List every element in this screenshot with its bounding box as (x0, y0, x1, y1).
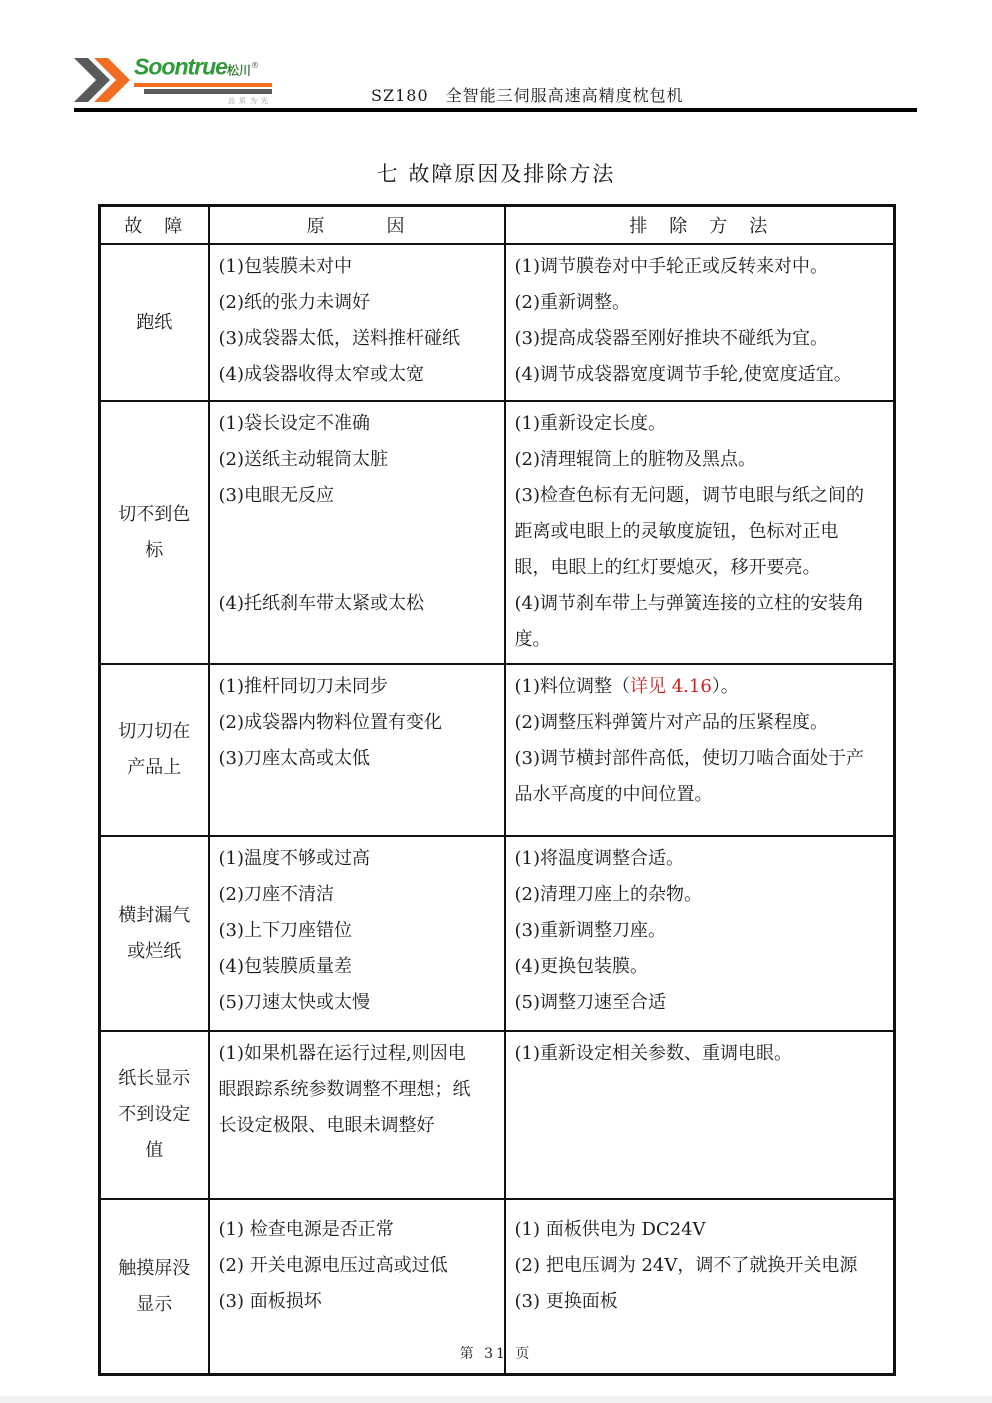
list-item: (3)提高成袋器至刚好推块不碰纸为宜。 (515, 321, 874, 357)
table-row: 横封漏气或烂纸(1)温度不够或过高(2)刀座不清洁(3)上下刀座错位(4)包装膜… (100, 836, 895, 1031)
logo-wordmark: Soontrue松川® (134, 54, 274, 82)
page-header: Soontrue松川® 品质为先 SZ180 全智能三伺服高速高精度枕包机 (0, 0, 992, 112)
list-item: (4)托纸刹车带太紧或太松 (219, 586, 472, 622)
list-item: (1)调节膜卷对中手轮正或反转来对中。 (515, 249, 874, 285)
list-item: (4)调节刹车带上与弹簧连接的立柱的安装角度。 (515, 586, 874, 658)
logo-slogan: 品质为先 (134, 96, 272, 106)
method-cell: (1)重新设定相关参数、重调电眼。 (505, 1031, 895, 1199)
list-item: (2)调整压料弹簧片对产品的压紧程度。 (515, 705, 874, 741)
cause-cell: (1)包装膜未对中(2)纸的张力未调好(3)成袋器太低，送料推杆碰纸(4)成袋器… (209, 244, 505, 401)
column-header-fault: 故 障 (100, 206, 209, 245)
table-header-row: 故 障 原 因 排 除 方 法 (100, 206, 895, 245)
list-item: (1)推杆同切刀未同步 (219, 669, 472, 705)
page-number: 第 31 页 (460, 1346, 533, 1362)
list-item: (1)料位调整（详见 4.16）。 (515, 669, 874, 705)
method-cell: (1)调节膜卷对中手轮正或反转来对中。(2)重新调整。(3)提高成袋器至刚好推块… (505, 244, 895, 401)
table-row: 纸长显示不到设定值(1)如果机器在运行过程,则因电眼跟踪系统参数调整不理想；纸长… (100, 1031, 895, 1199)
list-item: (2)清理刀座上的杂物。 (515, 877, 874, 913)
registered-mark-icon: ® (251, 61, 259, 70)
list-item: (1) 检查电源是否正常 (219, 1212, 472, 1248)
header-rule (74, 108, 917, 112)
double-chevron-icon (74, 58, 130, 102)
list-item: (5)调整刀速至合适 (515, 985, 874, 1021)
list-item: (1)温度不够或过高 (219, 841, 472, 877)
list-item: (1) 面板供电为 DC24V (515, 1212, 874, 1248)
list-item: (2)纸的张力未调好 (219, 285, 472, 321)
scan-bottom-edge (0, 1396, 992, 1403)
logo-brand-cjk: 松川 (227, 63, 251, 77)
list-item: (3)电眼无反应 (219, 478, 472, 514)
list-item: (3) 面板损坏 (219, 1284, 472, 1320)
table-row: 切不到色标(1)袋长设定不准确(2)送纸主动辊筒太脏(3)电眼无反应(4)托纸刹… (100, 401, 895, 664)
page-footer: 第 31 页 (0, 1343, 992, 1363)
list-item: (2)送纸主动辊筒太脏 (219, 442, 472, 478)
cause-cell: (1)袋长设定不准确(2)送纸主动辊筒太脏(3)电眼无反应(4)托纸刹车带太紧或… (209, 401, 505, 664)
manual-page: Soontrue松川® 品质为先 SZ180 全智能三伺服高速高精度枕包机 七 … (0, 0, 992, 1403)
fault-table: 故 障 原 因 排 除 方 法 跑纸(1)包装膜未对中(2)纸的张力未调好(3)… (98, 204, 896, 1376)
list-item: (2)成袋器内物料位置有变化 (219, 705, 472, 741)
method-cell: (1)重新设定长度。(2)清理辊筒上的脏物及黑点。(3)检查色标有无问题，调节电… (505, 401, 895, 664)
method-cell: (1)将温度调整合适。(2)清理刀座上的杂物。(3)重新调整刀座。(4)更换包装… (505, 836, 895, 1031)
list-item: (3)重新调整刀座。 (515, 913, 874, 949)
table-row: 切刀切在产品上(1)推杆同切刀未同步(2)成袋器内物料位置有变化(3)刀座太高或… (100, 664, 895, 836)
logo-orange-bar (134, 83, 272, 87)
logo-gray-bar (144, 89, 272, 94)
list-item: (2) 把电压调为 24V，调不了就换开关电源 (515, 1248, 874, 1284)
list-item: (4)包装膜质量差 (219, 949, 472, 985)
list-item: (3) 更换面板 (515, 1284, 874, 1320)
fault-cell: 横封漏气或烂纸 (100, 836, 209, 1031)
text-segment: ）。 (712, 676, 739, 697)
column-header-method: 排 除 方 法 (505, 206, 895, 245)
fault-cell: 纸长显示不到设定值 (100, 1031, 209, 1199)
list-item: (2)重新调整。 (515, 285, 874, 321)
logo-brand-name: Soontrue (134, 53, 227, 79)
soontrue-logo: Soontrue松川® 品质为先 (74, 54, 274, 106)
list-item: (5)刀速太快或太慢 (219, 985, 472, 1021)
cause-cell: (1)如果机器在运行过程,则因电眼跟踪系统参数调整不理想；纸长设定极限、电眼未调… (209, 1031, 505, 1199)
list-item: (4)成袋器收得太窄或太宽 (219, 357, 472, 393)
list-item: (1)重新设定相关参数、重调电眼。 (515, 1036, 874, 1072)
method-cell: (1)料位调整（详见 4.16）。(2)调整压料弹簧片对产品的压紧程度。(3)调… (505, 664, 895, 836)
list-item: (4)调节成袋器宽度调节手轮,使宽度适宜。 (515, 357, 874, 393)
list-item: (3)刀座太高或太低 (219, 741, 472, 777)
list-item: (1)将温度调整合适。 (515, 841, 874, 877)
document-title: SZ180 全智能三伺服高速高精度枕包机 (371, 83, 684, 106)
list-item: (2)刀座不清洁 (219, 877, 472, 913)
list-item: (4)更换包装膜。 (515, 949, 874, 985)
list-item: (1)如果机器在运行过程,则因电眼跟踪系统参数调整不理想；纸长设定极限、电眼未调… (219, 1036, 472, 1144)
list-item: (3)上下刀座错位 (219, 913, 472, 949)
text-segment: (1)料位调整（ (515, 676, 631, 697)
fault-cell: 跑纸 (100, 244, 209, 401)
list-item: (1)包装膜未对中 (219, 249, 472, 285)
logo-text-block: Soontrue松川® 品质为先 (134, 54, 274, 106)
page-title: 七 故障原因及排除方法 (0, 158, 992, 188)
list-item: (2)清理辊筒上的脏物及黑点。 (515, 442, 874, 478)
cause-cell: (1)温度不够或过高(2)刀座不清洁(3)上下刀座错位(4)包装膜质量差(5)刀… (209, 836, 505, 1031)
list-item: (3)检查色标有无问题，调节电眼与纸之间的距离或电眼上的灵敏度旋钮，色标对正电眼… (515, 478, 874, 586)
table-row: 跑纸(1)包装膜未对中(2)纸的张力未调好(3)成袋器太低，送料推杆碰纸(4)成… (100, 244, 895, 401)
fault-cell: 切不到色标 (100, 401, 209, 664)
list-item: (3)调节横封部件高低，使切刀啮合面处于产品水平高度的中间位置。 (515, 741, 874, 813)
list-item: (1)重新设定长度。 (515, 406, 874, 442)
list-item: (1)袋长设定不准确 (219, 406, 472, 442)
list-item: (2) 开关电源电压过高或过低 (219, 1248, 472, 1284)
list-item: (3)成袋器太低，送料推杆碰纸 (219, 321, 472, 357)
column-header-cause: 原 因 (209, 206, 505, 245)
red-reference-text: 详见 4.16 (630, 676, 712, 697)
fault-cell: 切刀切在产品上 (100, 664, 209, 836)
cause-cell: (1)推杆同切刀未同步(2)成袋器内物料位置有变化(3)刀座太高或太低 (209, 664, 505, 836)
